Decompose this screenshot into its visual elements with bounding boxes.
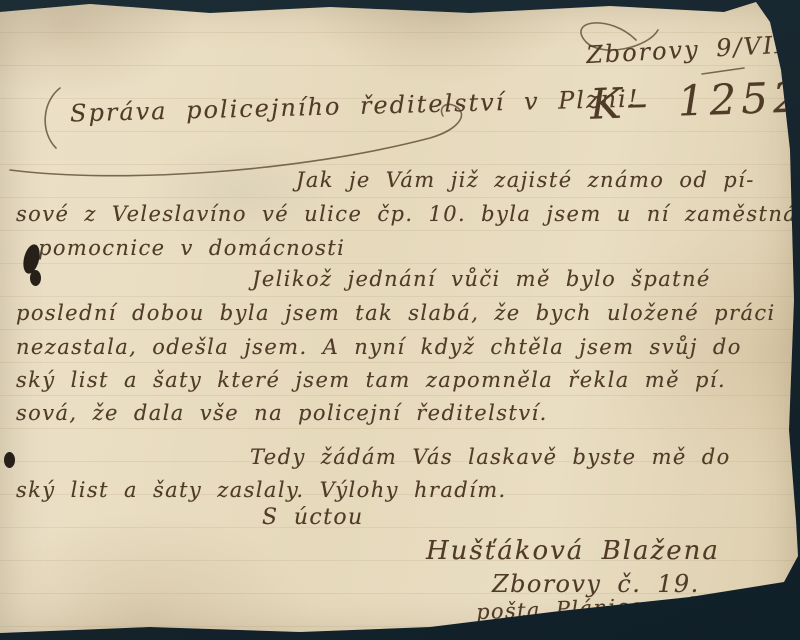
paper-hole bbox=[30, 270, 41, 286]
paper-hole bbox=[4, 452, 15, 468]
body-line: pomocnice v domácnosti bbox=[38, 236, 345, 260]
body-line: nezastala, odešla jsem. A nyní když chtě… bbox=[16, 335, 742, 359]
body-line: sová, že dala vše na policejní ředitelst… bbox=[16, 401, 548, 425]
date-fraction-line bbox=[702, 68, 744, 74]
closing: S úctou bbox=[262, 505, 364, 530]
body-line: Jelikož jednání vůči mě bylo špatné bbox=[252, 267, 711, 291]
scan-background: Zborovy 9/VIII. 32 K– 1252 Správa police… bbox=[0, 0, 800, 640]
body-line: poslední dobou byla jsem tak slabá, že b… bbox=[16, 301, 776, 325]
body-line: ský list a šaty zaslaly. Výlohy hradím. bbox=[16, 478, 507, 502]
letter-paper: Zborovy 9/VIII. 32 K– 1252 Správa police… bbox=[0, 0, 800, 640]
signature: Hušťáková Blažena bbox=[426, 536, 720, 566]
body-line: Tedy žádám Vás laskavě byste mě do bbox=[250, 445, 731, 469]
body-line: sové z Veleslavíno vé ulice čp. 10. byla… bbox=[16, 202, 800, 226]
body-line: ský list a šaty které jsem tam zapomněla… bbox=[16, 368, 726, 392]
body-line: Jak je Vám již zajisté známo od pí- bbox=[296, 168, 755, 192]
left-paren-flourish bbox=[45, 88, 60, 148]
